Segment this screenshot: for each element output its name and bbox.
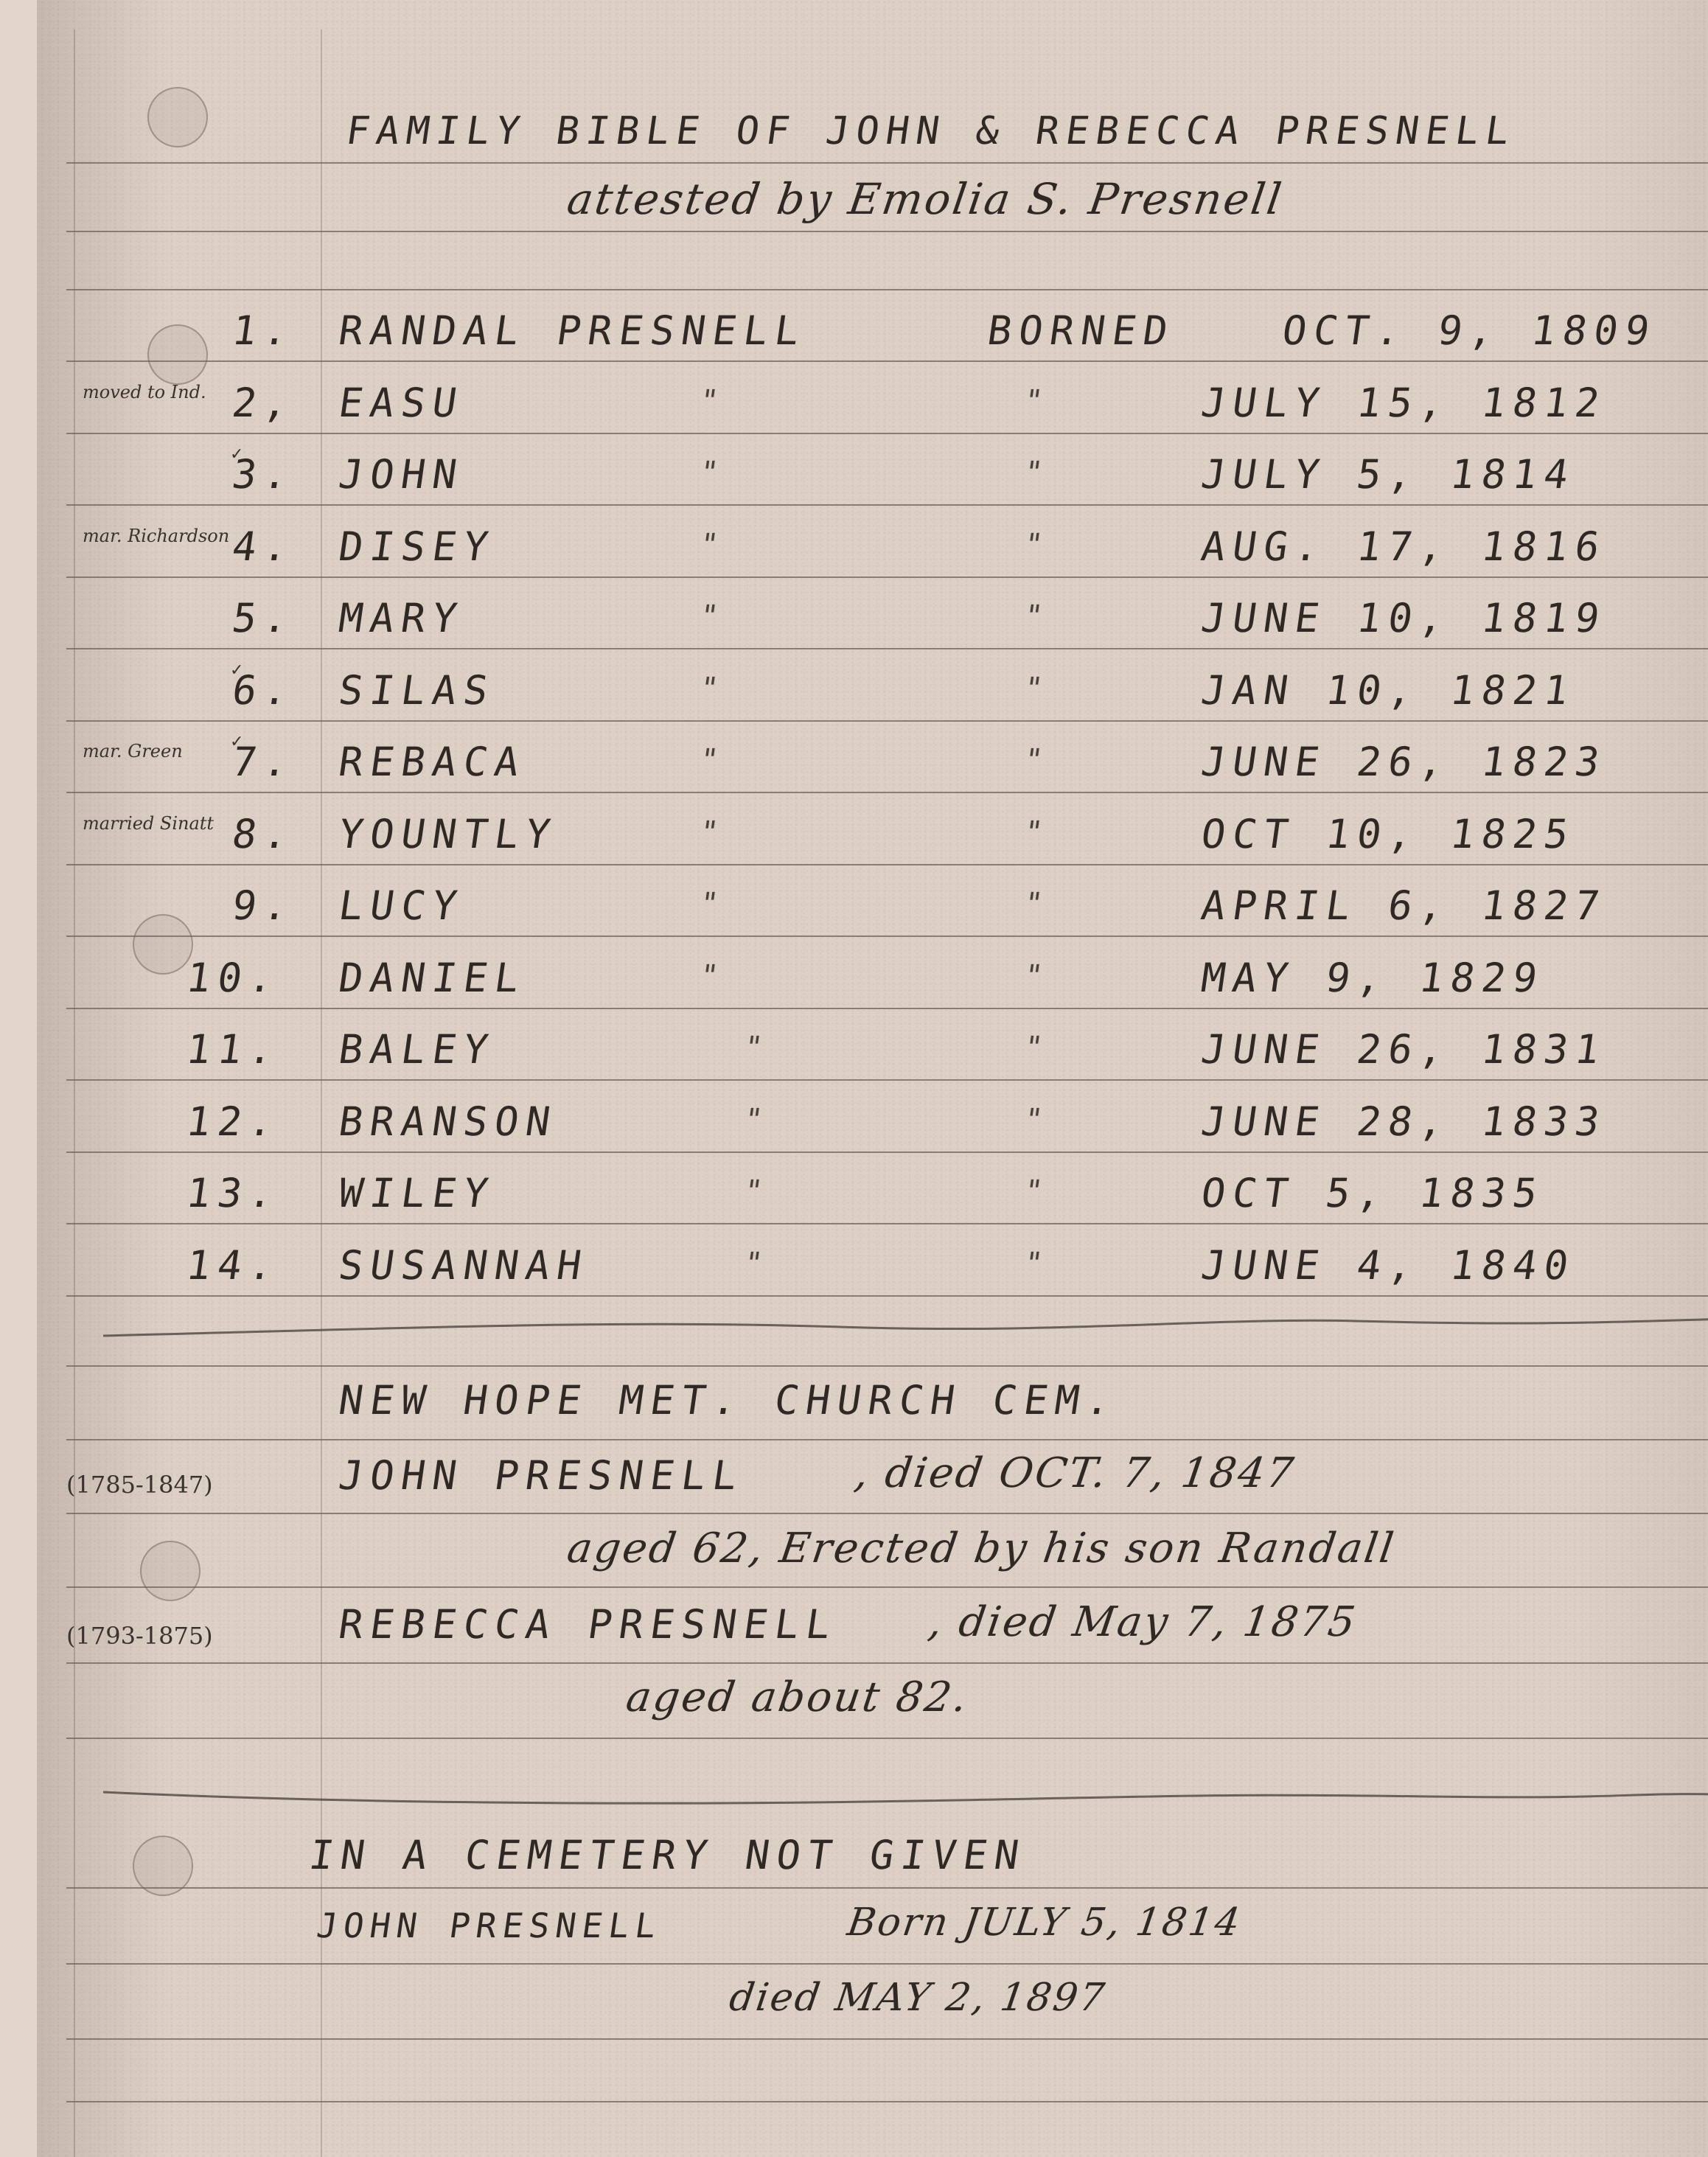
lifespan-rebecca: (1793-1875) [66, 1622, 213, 1650]
ditto-mark: " [742, 1103, 770, 1137]
punch-hole [140, 1541, 201, 1601]
ruled-line [66, 1223, 1708, 1224]
child-number: 13. [167, 1170, 284, 1216]
ruled-line [66, 576, 1708, 578]
child-birth-date: JUNE 10, 1819 [1199, 595, 1610, 641]
child-birth-date: JULY 5, 1814 [1199, 451, 1579, 498]
ruled-line [66, 1295, 1708, 1297]
child-birth-date: JAN 10, 1821 [1199, 667, 1579, 714]
child-birth-date: JUNE 26, 1831 [1199, 1026, 1610, 1073]
unknown-cemetery-died: died MAY 2, 1897 [727, 1976, 1109, 2020]
ditto-mark: " [698, 599, 726, 633]
child-birth-date: JUNE 28, 1833 [1199, 1098, 1610, 1145]
child-number: 12. [167, 1098, 284, 1145]
child-name: BALEY [336, 1026, 498, 1073]
child-birth-date: AUG. 17, 1816 [1199, 523, 1610, 570]
child-name: WILEY [336, 1170, 498, 1216]
ditto-mark: " [698, 815, 726, 849]
child-number: 10. [167, 955, 284, 1001]
child-number: 11. [167, 1026, 284, 1073]
ruled-line [66, 648, 1708, 649]
check-mark-icon: ✓ [230, 661, 243, 680]
child-name: YOUNTLY [336, 811, 560, 857]
child-birth-date: APRIL 6, 1827 [1199, 882, 1610, 929]
ditto-mark: " [698, 743, 726, 777]
ruled-line [66, 1662, 1708, 1664]
ruled-line [66, 1738, 1708, 1739]
ditto-mark: " [1022, 743, 1050, 777]
burial-name-rebecca: REBECCA PRESNELL [336, 1601, 841, 1648]
ditto-mark: " [1022, 1174, 1050, 1208]
child-birth-date: OCT 10, 1825 [1199, 811, 1579, 857]
ditto-mark: " [1022, 1103, 1050, 1137]
section-heading-unknown-cemetery: IN A CEMETERY NOT GIVEN [307, 1832, 1029, 1878]
child-birth-date: JUNE 4, 1840 [1199, 1242, 1579, 1289]
wavy-divider [103, 1788, 1708, 1817]
lifespan-john: (1785-1847) [66, 1471, 213, 1499]
section-heading-new-hope: NEW HOPE MET. CHURCH CEM. [336, 1377, 1121, 1424]
ruled-line [66, 1586, 1708, 1588]
ditto-mark: " [1022, 599, 1050, 633]
child-number: 9. [181, 882, 299, 929]
ruled-line [66, 504, 1708, 506]
unknown-cemetery-name: JOHN PRESNELL [314, 1906, 664, 1945]
ruled-line [66, 1963, 1708, 1965]
ditto-mark: " [698, 959, 726, 993]
margin-line [74, 29, 75, 2157]
child-birth-date: MAY 9, 1829 [1199, 955, 1547, 1001]
ditto-mark: " [698, 672, 726, 705]
child-name: SUSANNAH [336, 1242, 592, 1289]
ruled-line [66, 864, 1708, 865]
ruled-line [66, 1513, 1708, 1514]
child-birth-date: OCT 5, 1835 [1199, 1170, 1547, 1216]
child-birth-date: JUNE 26, 1823 [1199, 739, 1610, 785]
child-number: 1. [181, 307, 299, 354]
ruled-line [66, 720, 1708, 722]
ditto-mark: " [1022, 1031, 1050, 1064]
child-name: DANIEL [336, 955, 529, 1001]
ditto-mark: " [742, 1174, 770, 1208]
ditto-mark: " [1022, 384, 1050, 418]
attestation-line: attested by Emolia S. Presnell [564, 174, 1286, 224]
ditto-mark: " [1022, 815, 1050, 849]
child-name: BRANSON [336, 1098, 560, 1145]
burial-detail-john: aged 62, Erected by his son Randall [564, 1524, 1398, 1572]
margin-note: married Sinatt [83, 812, 230, 834]
burial-detail-rebecca: aged about 82. [623, 1673, 972, 1721]
ruled-line [66, 2101, 1708, 2102]
child-number: 14. [167, 1242, 284, 1289]
ruled-line [66, 231, 1708, 232]
ditto-mark: " [1022, 887, 1050, 921]
child-number: 5. [181, 595, 299, 641]
ditto-mark: " [698, 384, 726, 418]
ruled-line [66, 289, 1708, 290]
child-name: JOHN [336, 451, 467, 498]
burial-name-john: JOHN PRESNELL [336, 1452, 747, 1499]
child-name: RANDAL PRESNELL [336, 307, 809, 354]
ditto-mark: " [742, 1247, 770, 1280]
check-mark-icon: ✓ [230, 445, 243, 464]
ruled-line [66, 360, 1708, 362]
ditto-mark: " [698, 528, 726, 562]
ditto-mark: " [698, 456, 726, 489]
ruled-line [66, 162, 1708, 164]
check-mark-icon: ✓ [230, 733, 243, 751]
punch-hole [147, 87, 208, 147]
ruled-line [66, 1365, 1708, 1367]
ditto-mark: " [1022, 528, 1050, 562]
child-name: MARY [336, 595, 467, 641]
burial-died-john: , died OCT. 7, 1847 [851, 1449, 1298, 1497]
child-name: LUCY [336, 882, 467, 929]
ditto-mark: " [698, 887, 726, 921]
ditto-mark: " [742, 1031, 770, 1064]
child-name: DISEY [336, 523, 498, 570]
child-name: REBACA [336, 739, 529, 785]
child-birth-date: JULY 15, 1812 [1199, 380, 1610, 426]
ruled-line [66, 1151, 1708, 1153]
ditto-mark: " [1022, 1247, 1050, 1280]
ruled-line [66, 1008, 1708, 1009]
ruled-line [66, 792, 1708, 793]
margin-note: moved to Ind. [83, 381, 230, 403]
ruled-line [66, 1079, 1708, 1081]
ditto-mark: " [1022, 456, 1050, 489]
document-title: FAMILY BIBLE OF JOHN & REBECCA PRESNELL [344, 109, 1519, 153]
document-page: FAMILY BIBLE OF JOHN & REBECCA PRESNELL … [37, 0, 1708, 2157]
unknown-cemetery-born: Born JULY 5, 1814 [845, 1900, 1244, 1945]
margin-note: mar. Green [83, 740, 230, 762]
ruled-line [66, 2038, 1708, 2040]
born-label: BORNED [985, 307, 1178, 354]
margin-note: mar. Richardson [83, 525, 230, 547]
ditto-mark: " [1022, 959, 1050, 993]
child-name: SILAS [336, 667, 498, 714]
ruled-line [66, 935, 1708, 937]
ruled-line [66, 1887, 1708, 1889]
ditto-mark: " [1022, 672, 1050, 705]
ruled-line [66, 433, 1708, 434]
burial-died-rebecca: , died May 7, 1875 [925, 1598, 1360, 1646]
child-name: EASU [336, 380, 467, 426]
child-birth-date: OCT. 9, 1809 [1280, 307, 1660, 354]
ruled-line [66, 1439, 1708, 1440]
wavy-divider [103, 1314, 1708, 1343]
